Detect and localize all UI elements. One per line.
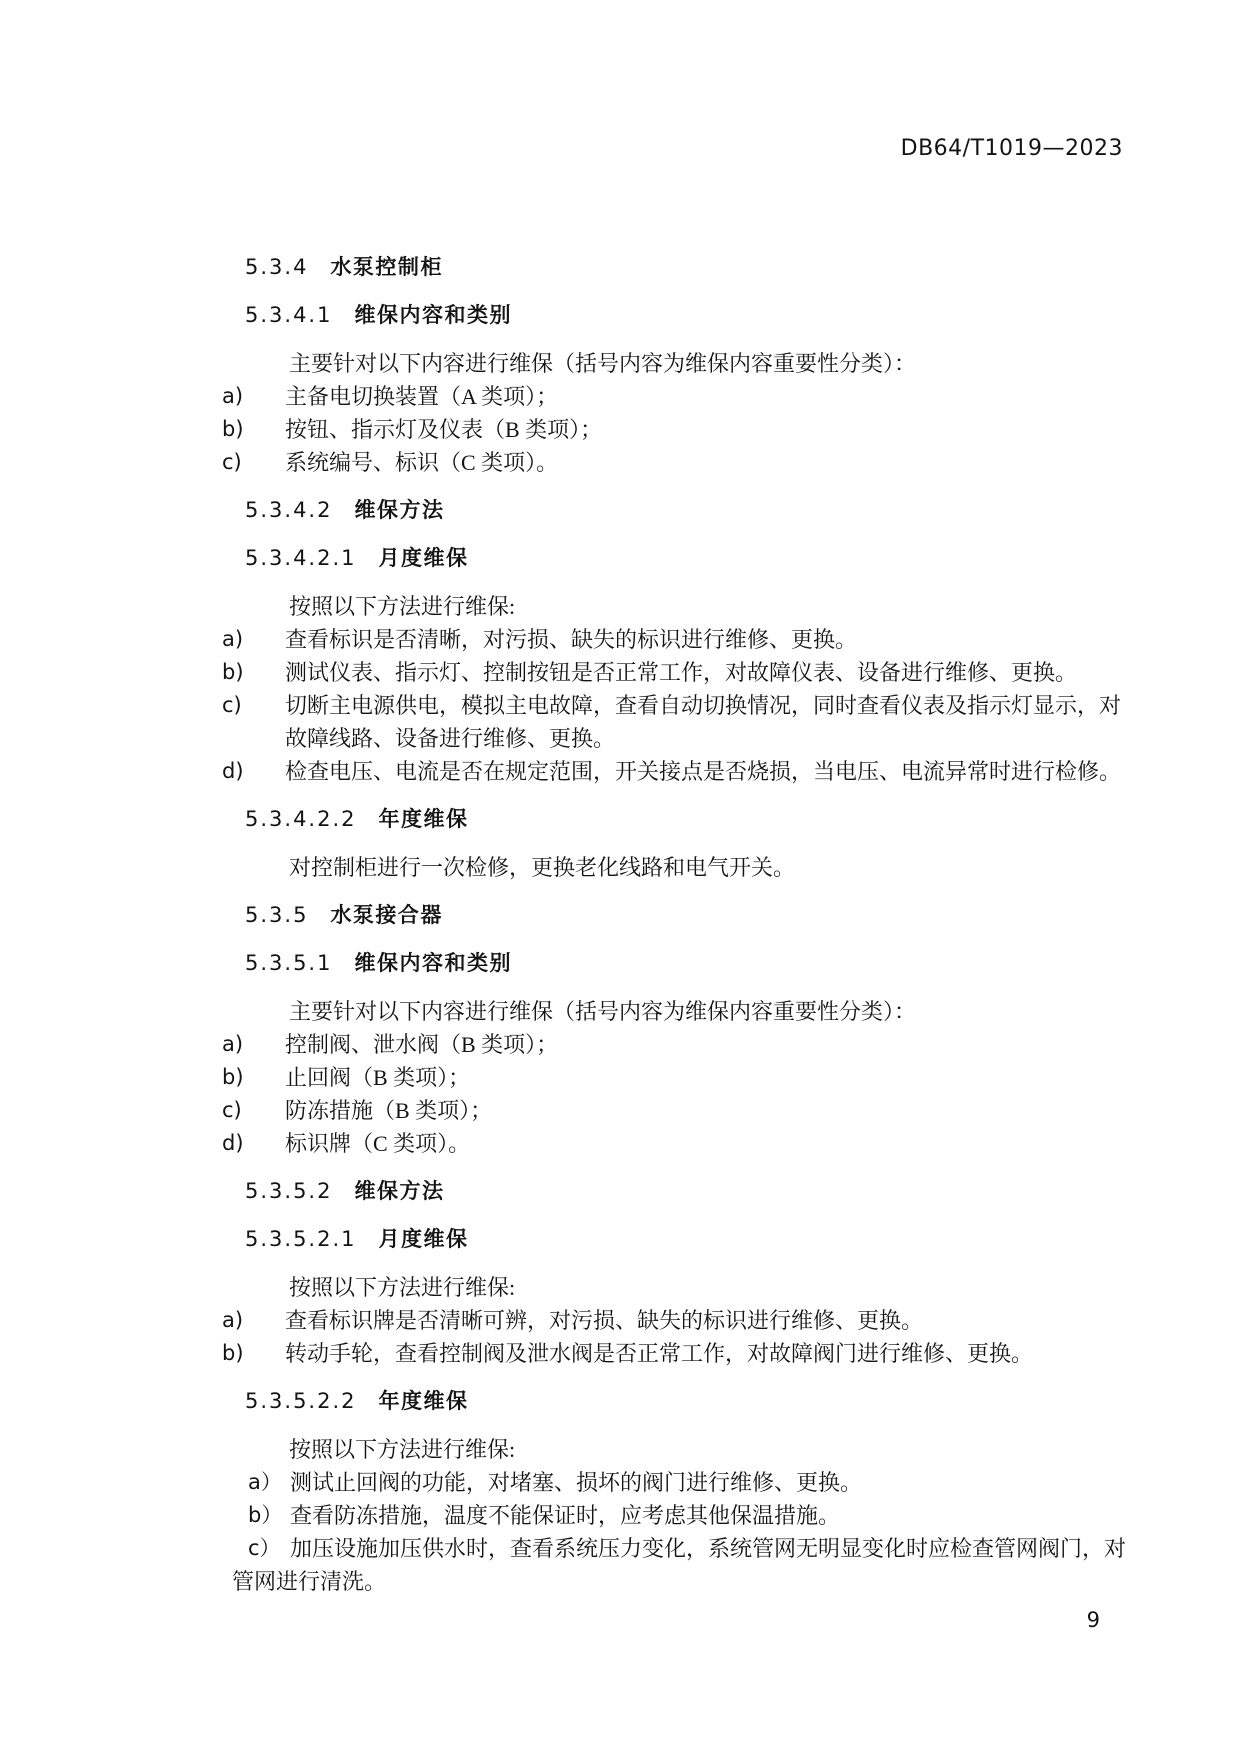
list-item-text: 查看防冻措施，温度不能保证时，应考虑其他保温措施。 bbox=[290, 1499, 840, 1532]
list-item-marker: c） bbox=[248, 1532, 290, 1565]
list-item-marker: a） bbox=[248, 1466, 290, 1499]
section-heading-5-3-4-2-2: 5.3.4.2.2年度维保 bbox=[0, 803, 1241, 836]
section-heading-5-3-5: 5.3.5水泵接合器 bbox=[0, 899, 1241, 932]
list-item: b)止回阀（B 类项）； bbox=[0, 1061, 1241, 1094]
list-item-marker: c) bbox=[222, 446, 285, 479]
list-item-text: 测试仪表、指示灯、控制按钮是否正常工作，对故障仪表、设备进行维修、更换。 bbox=[285, 656, 1077, 689]
list-item-text: 系统编号、标识（C 类项）。 bbox=[285, 446, 558, 479]
list-item-marker: d) bbox=[222, 1127, 285, 1160]
section-heading-5-3-5-1: 5.3.5.1维保内容和类别 bbox=[0, 947, 1241, 980]
list-item: b)测试仪表、指示灯、控制按钮是否正常工作，对故障仪表、设备进行维修、更换。 bbox=[0, 656, 1241, 689]
list-item-marker: a) bbox=[222, 1304, 285, 1337]
list-item-text: 加压设施加压供水时，查看系统压力变化，系统管网无明显变化时应检查管网阀门，对 bbox=[290, 1532, 1126, 1565]
list-item: d)检查电压、电流是否在规定范围，开关接点是否烧损，当电压、电流异常时进行检修。 bbox=[0, 755, 1241, 788]
section-heading-5-3-4-2: 5.3.4.2维保方法 bbox=[0, 494, 1241, 527]
section-title: 年度维保 bbox=[379, 807, 469, 831]
section-heading-5-3-4: 5.3.4水泵控制柜 bbox=[0, 251, 1241, 284]
list-item-marker: c) bbox=[222, 1094, 285, 1127]
section-number: 5.3.4.2 bbox=[245, 498, 332, 522]
list-item-marker: b) bbox=[222, 413, 285, 446]
section-number: 5.3.5.2.1 bbox=[245, 1227, 357, 1251]
list-item-text: 防冻措施（B 类项）； bbox=[285, 1094, 492, 1127]
paragraph: 对控制柜进行一次检修，更换老化线路和电气开关。 bbox=[0, 851, 1241, 884]
list-item: a)主备电切换装置（A 类项）； bbox=[0, 380, 1241, 413]
paragraph: 按照以下方法进行维保: bbox=[0, 1433, 1241, 1466]
list-item-marker: c) bbox=[222, 689, 285, 722]
list-item: a）测试止回阀的功能，对堵塞、损坏的阀门进行维修、更换。 bbox=[0, 1466, 1241, 1499]
paragraph: 按照以下方法进行维保: bbox=[0, 1271, 1241, 1304]
list-item: b）查看防冻措施，温度不能保证时，应考虑其他保温措施。 bbox=[0, 1499, 1241, 1532]
section-number: 5.3.4.2.1 bbox=[245, 546, 357, 570]
section-heading-5-3-5-2-2: 5.3.5.2.2年度维保 bbox=[0, 1385, 1241, 1418]
list-item-marker: b) bbox=[222, 656, 285, 689]
section-title: 年度维保 bbox=[379, 1389, 469, 1413]
list-item: b)转动手轮，查看控制阀及泄水阀是否正常工作，对故障阀门进行维修、更换。 bbox=[0, 1337, 1241, 1370]
section-title: 维保方法 bbox=[354, 498, 444, 522]
section-title: 维保内容和类别 bbox=[354, 303, 512, 327]
section-title: 维保方法 bbox=[354, 1179, 444, 1203]
page-number: 9 bbox=[0, 1608, 1100, 1632]
list-item-text: 止回阀（B 类项）； bbox=[285, 1061, 470, 1094]
list-item-marker: b） bbox=[248, 1499, 290, 1532]
section-number: 5.3.4 bbox=[245, 255, 308, 279]
section-title: 月度维保 bbox=[379, 1227, 469, 1251]
list-item-continuation: 故障线路、设备进行维修、更换。 bbox=[0, 722, 1241, 755]
section-title: 水泵接合器 bbox=[330, 903, 443, 927]
list-item-text: 按钮、指示灯及仪表（B 类项）； bbox=[285, 413, 602, 446]
list-item: c)切断主电源供电，模拟主电故障，查看自动切换情况，同时查看仪表及指示灯显示，对 bbox=[0, 689, 1241, 722]
standard-code: DB64/T1019—2023 bbox=[0, 136, 1123, 161]
section-heading-5-3-5-2: 5.3.5.2维保方法 bbox=[0, 1175, 1241, 1208]
list-item: c）加压设施加压供水时，查看系统压力变化，系统管网无明显变化时应检查管网阀门，对 bbox=[0, 1532, 1241, 1565]
section-title: 维保内容和类别 bbox=[354, 951, 512, 975]
paragraph: 按照以下方法进行维保: bbox=[0, 590, 1241, 623]
list-item-text: 测试止回阀的功能，对堵塞、损坏的阀门进行维修、更换。 bbox=[290, 1466, 862, 1499]
list-item-marker: a) bbox=[222, 623, 285, 656]
list-item-marker: a) bbox=[222, 1028, 285, 1061]
section-title: 月度维保 bbox=[379, 546, 469, 570]
list-item: c)系统编号、标识（C 类项）。 bbox=[0, 446, 1241, 479]
list-item: a)查看标识牌是否清晰可辨，对污损、缺失的标识进行维修、更换。 bbox=[0, 1304, 1241, 1337]
section-number: 5.3.5.2 bbox=[245, 1179, 332, 1203]
list-item: b)按钮、指示灯及仪表（B 类项）； bbox=[0, 413, 1241, 446]
page-content: 5.3.4水泵控制柜 5.3.4.1维保内容和类别 主要针对以下内容进行维保（括… bbox=[0, 236, 1241, 1598]
list-item-text: 标识牌（C 类项）。 bbox=[285, 1127, 470, 1160]
section-number: 5.3.4.1 bbox=[245, 303, 332, 327]
section-heading-5-3-4-1: 5.3.4.1维保内容和类别 bbox=[0, 299, 1241, 332]
list-item-text: 控制阀、泄水阀（B 类项）； bbox=[285, 1028, 558, 1061]
list-item-text: 查看标识是否清晰，对污损、缺失的标识进行维修、更换。 bbox=[285, 623, 857, 656]
section-number: 5.3.5 bbox=[245, 903, 308, 927]
list-item: a)控制阀、泄水阀（B 类项）； bbox=[0, 1028, 1241, 1061]
list-item-text: 转动手轮，查看控制阀及泄水阀是否正常工作，对故障阀门进行维修、更换。 bbox=[285, 1337, 1033, 1370]
list-item-marker: b) bbox=[222, 1061, 285, 1094]
section-number: 5.3.5.2.2 bbox=[245, 1389, 357, 1413]
section-number: 5.3.5.1 bbox=[245, 951, 332, 975]
section-heading-5-3-4-2-1: 5.3.4.2.1月度维保 bbox=[0, 542, 1241, 575]
document-page: DB64/T1019—2023 5.3.4水泵控制柜 5.3.4.1维保内容和类… bbox=[0, 0, 1241, 1755]
list-item-text: 检查电压、电流是否在规定范围，开关接点是否烧损，当电压、电流异常时进行检修。 bbox=[285, 755, 1121, 788]
list-item-marker: a) bbox=[222, 380, 285, 413]
section-title: 水泵控制柜 bbox=[330, 255, 443, 279]
paragraph: 主要针对以下内容进行维保（括号内容为维保内容重要性分类）： bbox=[0, 347, 1241, 380]
list-item-group: c）加压设施加压供水时，查看系统压力变化，系统管网无明显变化时应检查管网阀门，对… bbox=[0, 1532, 1241, 1598]
list-item-marker: b) bbox=[222, 1337, 285, 1370]
list-item-text: 主备电切换装置（A 类项）； bbox=[285, 380, 558, 413]
list-item: a)查看标识是否清晰，对污损、缺失的标识进行维修、更换。 bbox=[0, 623, 1241, 656]
list-item-text: 查看标识牌是否清晰可辨，对污损、缺失的标识进行维修、更换。 bbox=[285, 1304, 923, 1337]
paragraph: 主要针对以下内容进行维保（括号内容为维保内容重要性分类）： bbox=[0, 995, 1241, 1028]
list-item: c)防冻措施（B 类项）； bbox=[0, 1094, 1241, 1127]
section-heading-5-3-5-2-1: 5.3.5.2.1月度维保 bbox=[0, 1223, 1241, 1256]
list-item-text: 切断主电源供电，模拟主电故障，查看自动切换情况，同时查看仪表及指示灯显示，对 bbox=[285, 689, 1121, 722]
list-item: d)标识牌（C 类项）。 bbox=[0, 1127, 1241, 1160]
list-item-continuation: 管网进行清洗。 bbox=[0, 1565, 1241, 1598]
list-item-marker: d) bbox=[222, 755, 285, 788]
list-item-group: c)切断主电源供电，模拟主电故障，查看自动切换情况，同时查看仪表及指示灯显示，对… bbox=[0, 689, 1241, 755]
section-number: 5.3.4.2.2 bbox=[245, 807, 357, 831]
